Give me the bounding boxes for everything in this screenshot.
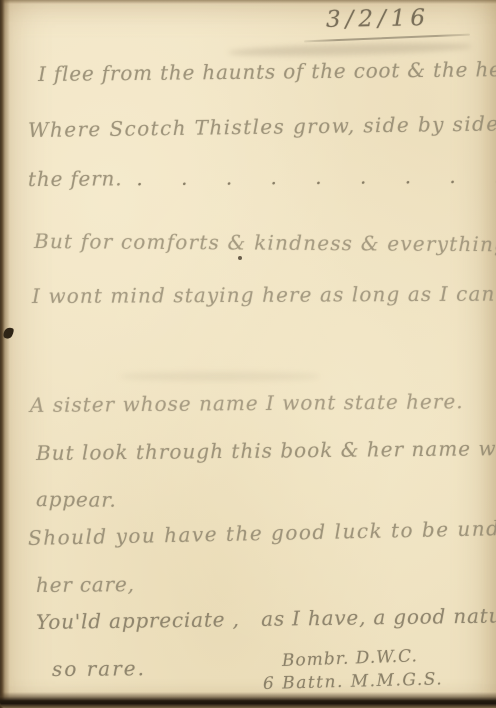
- handwritten-line-7: But look through this book & her name wi…: [36, 436, 496, 465]
- show-through-smudge: [120, 372, 320, 381]
- handwritten-line-12: so rare.: [52, 656, 146, 681]
- signature-unit: 6 Battn. M.M.G.S.: [263, 669, 444, 694]
- line-text: the fern.: [28, 166, 123, 191]
- pencil-speck: [238, 256, 242, 260]
- show-through-smudge: [228, 41, 472, 58]
- date-heading: 3/2/16: [326, 5, 430, 33]
- handwritten-line-1: I flee from the haunts of the coot & the…: [38, 57, 496, 86]
- handwritten-line-11: You'ld appreciate , as I have, a good na…: [36, 603, 496, 634]
- date-underline: [304, 34, 470, 43]
- handwritten-line-5: I wont mind staying here as long as I ca…: [32, 282, 496, 308]
- handwritten-line-3: the fern.. . . . . . . . .: [28, 164, 496, 191]
- handwritten-line-6: A sister whose name I wont state here.: [30, 389, 464, 417]
- handwritten-line-10: her care,: [36, 572, 135, 597]
- handwritten-line-9: Should you have the good luck to be unde…: [28, 516, 496, 550]
- notebook-page: 3/2/16 I flee from the haunts of the coo…: [0, 0, 496, 708]
- page-bottom-edge: [0, 692, 496, 708]
- signature-rank-initials: Bombr. D.W.C.: [282, 646, 419, 671]
- trailing-dots: . . . . . . . . .: [136, 164, 496, 191]
- binding-edge: [0, 0, 10, 708]
- handwritten-line-2: Where Scotch Thistles grow, side by side…: [28, 111, 496, 142]
- handwritten-line-4: But for comforts & kindness & everything…: [34, 229, 496, 257]
- handwritten-line-8: appear.: [36, 487, 117, 512]
- page-top-edge: [0, 0, 496, 4]
